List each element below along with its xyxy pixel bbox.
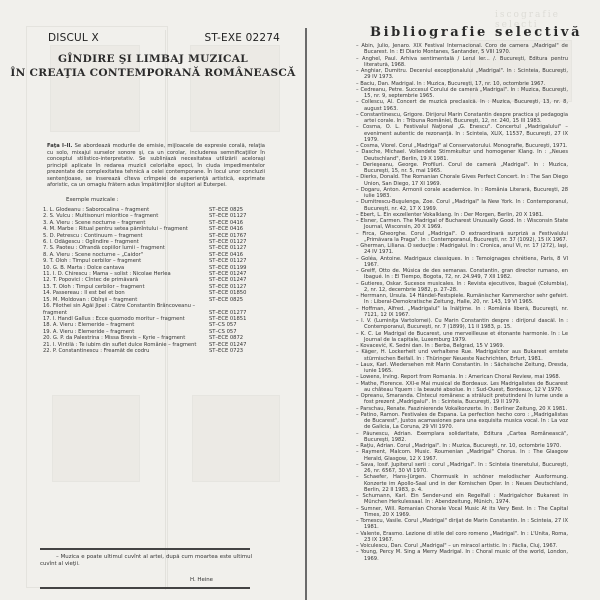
bibliography-entry: – Baciu, Dan. Madrigal. In : Muzica, Buc… xyxy=(356,81,568,87)
bibliography-entry: – Patino, Ramon. Festivales de Espana. L… xyxy=(356,412,568,431)
quote-author: H. Heine xyxy=(190,577,213,583)
bibliography-entry: – Goléa, Antoine. Madrigaux classiques. … xyxy=(356,256,568,269)
bibliography-entry: – Valente, Erasmo. Lezione di stile del … xyxy=(356,531,568,544)
album-title: GÎNDIRE ŞI LIMBAJ MUZICAL ÎN CREAŢIA CON… xyxy=(0,52,306,80)
bibliography-entry: – Cosma, O. L. Festivalul Naţional „G. E… xyxy=(356,124,568,143)
bibliography-entry: – Tomescu, Vasile. Corul „Madrigal" diri… xyxy=(356,518,568,531)
bibliography-entry: – Păunescu, Adrian. Exemplara solidarita… xyxy=(356,431,568,444)
bibliography-entry: – Herrmann, Ursula. 14 Händel-Festspiele… xyxy=(356,293,568,306)
bibliography-entry: – Dogaru, Anton. Armonii corale academic… xyxy=(356,187,568,200)
bibliography-entry: – Dasche, Michael. Vollendete Stimmkultu… xyxy=(356,149,568,162)
bibliography-entry: – Laux, Karl. Wiedersehen mit Marin Cons… xyxy=(356,362,568,375)
quote-bottom-rule xyxy=(40,587,250,589)
bibliography-entry: – Elsner, Carmen. The Madrigal of Buchar… xyxy=(356,218,568,231)
track-list: 1. L. Glodeanu : Saborocalina – fragment… xyxy=(43,207,263,354)
bibliography-entry: – Collescu, Al. Concert de muzică precla… xyxy=(356,99,568,112)
bibliography-entry: – Anghel, Paul. Arhiva sentimentală / Le… xyxy=(356,56,568,69)
bibliography-entry: – Cedreanu, Petre. Succesul Corului de c… xyxy=(356,87,568,100)
bibliography-entry: – Firca, Gheorghe. Corul „Madrigal". O e… xyxy=(356,231,568,244)
intro-text: Se abordează modurile de emisie, mijloac… xyxy=(47,143,265,188)
bibliography-entry: – Dierks, Donald. The Romanian Chorale G… xyxy=(356,174,568,187)
bibliography-entry: – Opreanu, Smaranda. Cîntecul românesc a… xyxy=(356,393,568,406)
bibliography-entry: – Lowens, Irving. Report from Romania. I… xyxy=(356,374,568,380)
track-title: 16. Filothei sin Agăi Jipei : Către Cons… xyxy=(43,303,197,316)
track-title: 22. P. Constantinescu : Freamăt de codru xyxy=(43,348,197,354)
disc-header: DISCUL X ST-EXE 02274 xyxy=(48,32,280,44)
bibliography-entry: – Derieşeanu, George. Profiluri. Corul d… xyxy=(356,162,568,175)
bibliography-entry: – Dumitrescu-Buşulenga, Zoe. Corul „Madr… xyxy=(356,199,568,212)
quote-top-rule xyxy=(40,548,250,550)
bibliography-entry: – Sava, Iosif. Jupiterul serii : corul „… xyxy=(356,462,568,475)
bibliography-entry: – Schaefer, Hans-Jürgen. Chormusik in sc… xyxy=(356,474,568,493)
bibliography-entry: – Mathe, Florence. XXI-e Mai musical de … xyxy=(356,381,568,394)
bibliography-entry: – Gutieres, Oskar. Sucesos musicales. In… xyxy=(356,281,568,294)
bibliography-entry: – K. C. Le Madrigal de Bucarest, une mer… xyxy=(356,331,568,344)
bibliography-entry: – I. V. (Luminiţa Vartolomei). Cu Marin … xyxy=(356,318,568,331)
bibliography-entry: – Constantinescu, Grigore. Dirijorul Mar… xyxy=(356,112,568,125)
track-row: 22. P. Constantinescu : Freamăt de codru… xyxy=(43,348,263,354)
track-catalog-code: ST–ECE 0723 xyxy=(197,348,263,354)
track-catalog-code: ST–ECE 0825 xyxy=(197,297,263,303)
quote-text: – Muzica e poate ultimul cuvînt al artei… xyxy=(40,554,252,568)
bibliography-entry: – Young, Percy M. Sing a Merry Madrigal.… xyxy=(356,549,568,562)
bibliography-entry: – Parschau, Renate. Faszinierende Vokalk… xyxy=(356,406,568,412)
bibliography-list: – Abin, Julio, Jenaro. XIX Festival Inte… xyxy=(356,43,568,562)
bibliography-title: Bibliografie selectivă xyxy=(370,25,582,40)
album-notes-panel: DISCUL X ST-EXE 02274 GÎNDIRE ŞI LIMBAJ … xyxy=(0,0,306,600)
bibliography-entry: – Sumner, Will. Romanian Chorale Vocal M… xyxy=(356,506,568,519)
intro-lead: Faţa I–II. xyxy=(47,143,72,149)
bibliography-entry: – Käger, H. Lockerheit und verhaltene Ru… xyxy=(356,349,568,362)
bibliography-entry: – Gherman, Liliana. O seducţie : Madriga… xyxy=(356,243,568,256)
album-title-line-1: GÎNDIRE ŞI LIMBAJ MUZICAL xyxy=(0,52,306,66)
bibliography-entry: – Anghiar, Dumitru. Deceniul excepţional… xyxy=(356,68,568,81)
intro-paragraph: Faţa I–II. Se abordează modurile de emis… xyxy=(47,143,265,189)
disc-number: DISCUL X xyxy=(48,32,99,44)
examples-label: Exemple muzicale : xyxy=(66,197,119,203)
bibliography-entry: – Rayment, Malcom. Music. Roumenian „Mad… xyxy=(356,449,568,462)
album-title-line-2: ÎN CREAŢIA CONTEMPORANĂ ROMÂNEASCĂ xyxy=(0,66,306,80)
catalog-number: ST-EXE 02274 xyxy=(204,32,280,44)
track-row: 16. Filothei sin Agăi Jipei : Către Cons… xyxy=(43,303,263,316)
bibliography-entry: – Schumann, Karl. Ein Sender-und ein Reg… xyxy=(356,493,568,506)
bibliography-entry: – Hoffman, Alfred. „Madrigalul" la înălţ… xyxy=(356,306,568,319)
panel-divider xyxy=(305,28,307,600)
bibliography-entry: – Abin, Julio, Jenaro. XIX Festival Inte… xyxy=(356,43,568,56)
bibliography-entry: – Greiff, Otto de. Música de des semanas… xyxy=(356,268,568,281)
